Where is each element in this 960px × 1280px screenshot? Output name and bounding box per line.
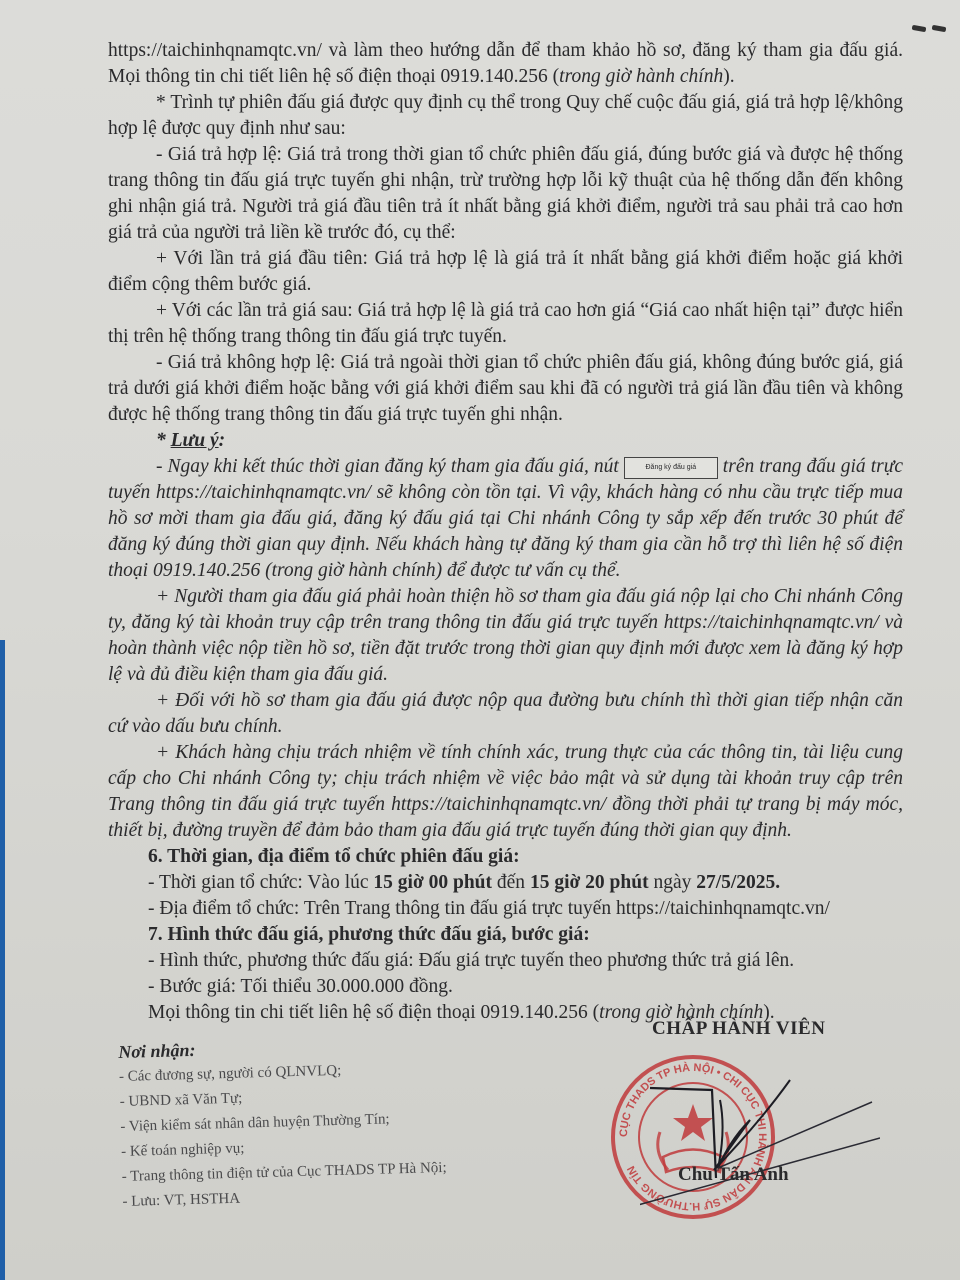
note-heading: * Lưu ý: <box>108 428 903 454</box>
document-body: https://taichinhqnamqtc.vn/ và làm theo … <box>108 38 903 1026</box>
signature-icon <box>640 1060 880 1220</box>
document-footer: Nơi nhận: - Các đương sự, người có QLNVL… <box>0 1040 960 1280</box>
section-6: 6. Thời gian, địa điểm tổ chức phiên đấu… <box>148 844 903 922</box>
section-7: 7. Hình thức đấu giá, phương thức đấu gi… <box>148 922 903 1026</box>
paragraph-later-bids: + Với các lần trả giá sau: Giá trả hợp l… <box>108 298 903 350</box>
paragraph-valid-bid: - Giá trả hợp lệ: Giá trả trong thời gia… <box>108 142 903 246</box>
section-6-title: 6. Thời gian, địa điểm tổ chức phiên đấu… <box>148 844 903 870</box>
bid-step: - Bước giá: Tối thiểu 30.000.000 đồng. <box>148 974 903 1000</box>
note-item-1: - Ngay khi kết thúc thời gian đăng ký th… <box>108 454 903 584</box>
auction-method: - Hình thức, phương thức đấu giá: Đấu gi… <box>148 948 903 974</box>
note-item-2: + Người tham gia đấu giá phải hoàn thiện… <box>108 584 903 688</box>
register-auction-button: Đăng ký đấu giá <box>624 457 718 479</box>
paragraph-first-bid: + Với lần trả giá đầu tiên: Giá trả hợp … <box>108 246 903 298</box>
note-item-3: + Đối với hồ sơ tham gia đấu giá được nộ… <box>108 688 903 740</box>
section-7-title: 7. Hình thức đấu giá, phương thức đấu gi… <box>148 922 903 948</box>
paragraph-invalid-bid: - Giá trả không hợp lệ: Giá trả ngoài th… <box>108 350 903 428</box>
auction-time: - Thời gian tổ chức: Vào lúc 15 giờ 00 p… <box>148 870 903 896</box>
paragraph-intro: https://taichinhqnamqtc.vn/ và làm theo … <box>108 38 903 90</box>
note-item-4: + Khách hàng chịu trách nhiệm về tính ch… <box>108 740 903 844</box>
signer-title: CHẤP HÀNH VIÊN <box>652 1018 825 1040</box>
auction-place: - Địa điểm tổ chức: Trên Trang thông tin… <box>148 896 903 922</box>
recipients-list: Nơi nhận: - Các đương sự, người có QLNVL… <box>118 1031 448 1215</box>
paragraph-procedure: * Trình tự phiên đấu giá được quy định c… <box>108 90 903 142</box>
signer-name: Chu Tấn Anh <box>678 1164 789 1186</box>
corner-marks <box>906 18 946 36</box>
